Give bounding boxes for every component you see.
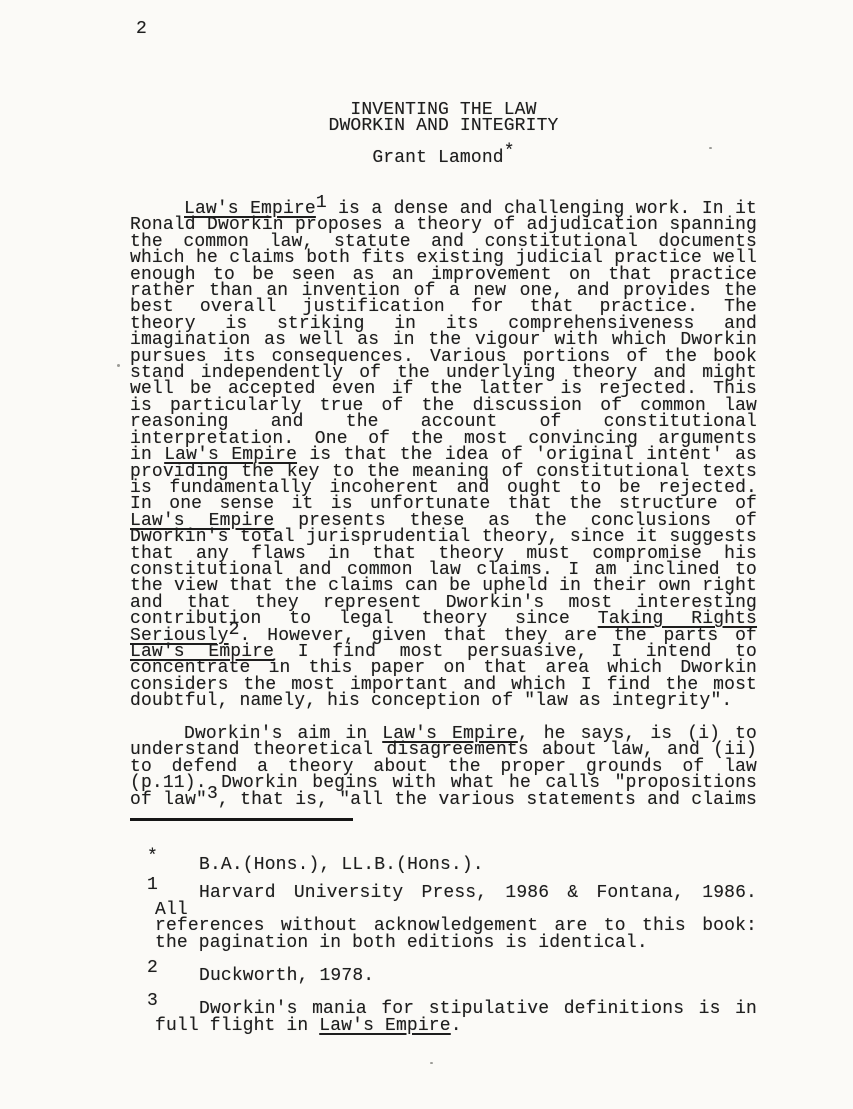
footnote-line: the pagination in both editions is ident… (155, 935, 757, 951)
footnote-line: Duckworth, 1978. (155, 968, 757, 984)
footnote-marker: 2 (147, 960, 158, 976)
author-line: Grant Lamond* (130, 150, 757, 166)
text-line: of law"3, that is, "all the various stat… (130, 792, 757, 808)
footnote-marker: 3 (147, 993, 158, 1009)
body-text: Law's Empire1 is a dense and challenging… (130, 201, 757, 808)
document-page: 2 INVENTING THE LAW DWORKIN AND INTEGRIT… (0, 0, 853, 1109)
text-line: doubtful, namely, his conception of "law… (130, 693, 757, 709)
paragraph-2: Dworkin's aim in Law's Empire, he says, … (130, 726, 757, 808)
footnote-line: Harvard University Press, 1986 & Fontana… (155, 885, 757, 918)
title-line-2: DWORKIN AND INTEGRITY (130, 118, 757, 134)
footnote-line: full flight in Law's Empire. (155, 1018, 757, 1034)
footnote-separator-rule (130, 818, 353, 821)
title-block: INVENTING THE LAW DWORKIN AND INTEGRITY (130, 102, 757, 135)
footnote-1: 1 Harvard University Press, 1986 & Fonta… (130, 885, 757, 951)
footnote-line: B.A.(Hons.), LL.B.(Hons.). (155, 857, 757, 873)
footnote-2: 2 Duckworth, 1978. (130, 968, 757, 984)
footnote-3: 3 Dworkin's mania for stipulative defini… (130, 1001, 757, 1034)
footnote-marker: * (147, 849, 158, 865)
footnote-marker: 1 (147, 877, 158, 893)
scan-speck (430, 1062, 433, 1064)
scan-speck (709, 147, 712, 149)
author-name: Grant Lamond (372, 148, 503, 168)
scan-speck (117, 364, 120, 367)
paragraph-1: Law's Empire1 is a dense and challenging… (130, 201, 757, 710)
author-footnote-marker: * (504, 142, 515, 162)
page-number: 2 (136, 21, 147, 37)
footnotes: * B.A.(Hons.), LL.B.(Hons.). 1 Harvard U… (130, 857, 757, 1034)
footnote-asterisk: * B.A.(Hons.), LL.B.(Hons.). (130, 857, 757, 873)
